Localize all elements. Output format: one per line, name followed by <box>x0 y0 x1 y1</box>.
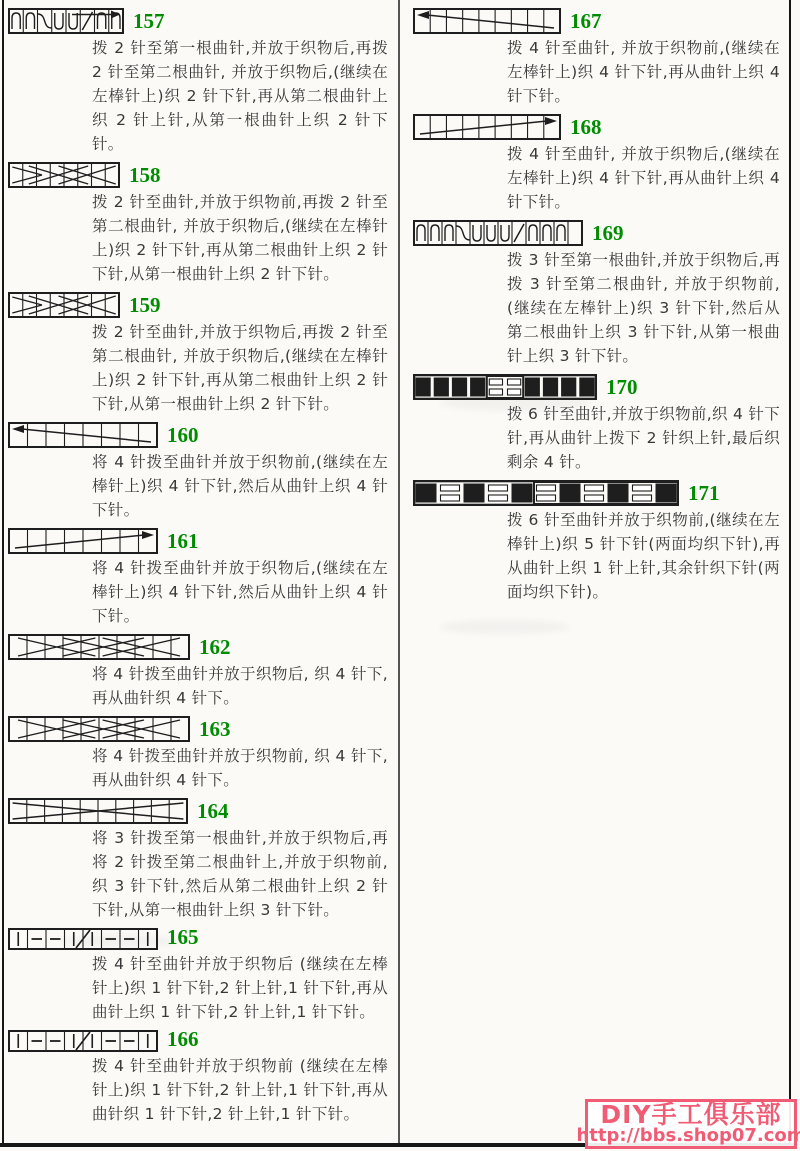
diagram-row: 159 <box>8 292 398 318</box>
entry-number: 164 <box>197 801 229 822</box>
scan-artifact <box>440 620 570 634</box>
diagram-row: 167 <box>413 8 790 34</box>
entry-instructions: 拨 2 针至曲针,并放于织物后,再拨 2 针至第二根曲针, 并放于织物后,(继续… <box>92 320 388 416</box>
cable-4-front-arrow-left-diagram <box>413 8 561 34</box>
entry-number: 158 <box>129 165 161 186</box>
entry-number: 160 <box>167 425 199 446</box>
pattern-entry-158: 158 拨 2 针至曲针,并放于织物前,再拨 2 针至第二根曲针, 并放于织物后… <box>8 162 398 286</box>
entry-instructions: 拨 4 针至曲针并放于织物后 (继续在左棒针上)织 1 针下针,2 针上针,1 … <box>92 952 388 1024</box>
pattern-entry-167: 167 拨 4 针至曲针, 并放于织物前,(继续在左棒针上)织 4 针下针,再从… <box>413 8 790 108</box>
entry-instructions: 拨 6 针至曲针,并放于织物前,织 4 针下针,再从曲针上拨下 2 针织上针,最… <box>507 402 780 474</box>
cable-bridge-2-2-2-diagram <box>8 8 124 34</box>
entry-number: 162 <box>199 637 231 658</box>
entry-instructions: 拨 2 针至曲针,并放于织物前,再拨 2 针至第二根曲针, 并放于织物后,(继续… <box>92 190 388 286</box>
pattern-entry-170: 170 拨 6 针至曲针,并放于织物前,织 4 针下针,再从曲针上拨下 2 针织… <box>413 374 790 474</box>
garter-slip-6-diagram <box>413 480 679 506</box>
entry-number: 166 <box>167 1029 199 1050</box>
diagram-row: 161 <box>8 528 398 554</box>
diagram-row: 171 <box>413 480 790 506</box>
entry-number: 161 <box>167 531 199 552</box>
watermark-url: http://bbs.shop07.com <box>576 1127 800 1145</box>
entry-instructions: 拨 4 针至曲针, 并放于织物前,(继续在左棒针上)织 4 针下针,再从曲针上织… <box>507 36 780 108</box>
entry-instructions: 拨 2 针至第一根曲针,并放于织物后,再拨 2 针至第二根曲针, 并放于织物后,… <box>92 36 388 156</box>
diagram-row: 168 <box>413 114 790 140</box>
entry-instructions: 将 4 针拨至曲针并放于织物前, 织 4 针下,再从曲针织 4 针下。 <box>92 744 388 792</box>
entry-number: 165 <box>167 927 199 948</box>
cable-4-4-back-diagram <box>8 634 190 660</box>
rib-k1-p2-k1-front-diagram <box>8 1030 158 1052</box>
column-divider <box>398 0 400 1143</box>
pattern-entry-161: 161 将 4 针拨至曲针并放于织物后,(继续在左棒针上)织 4 针下针,然后从… <box>8 528 398 628</box>
page-border-left <box>2 0 4 1147</box>
diagram-row: 165 <box>8 928 398 950</box>
watermark-title: DIY手工俱乐部 <box>600 1103 781 1127</box>
right-column: 167 拨 4 针至曲针, 并放于织物前,(继续在左棒针上)织 4 针下针,再从… <box>413 8 790 610</box>
entry-number: 169 <box>592 223 624 244</box>
diagram-row: 164 <box>8 798 398 824</box>
entry-number: 163 <box>199 719 231 740</box>
bobble-slip-6-diagram <box>413 374 597 400</box>
cable-4-4-front-diagram <box>8 716 190 742</box>
diagram-row: 160 <box>8 422 398 448</box>
entry-instructions: 拨 6 针至曲针并放于织物前,(继续在左棒针上)织 5 针下针(两面均织下针),… <box>507 508 780 604</box>
cable-3-2-3-cross-diagram <box>8 798 188 824</box>
entry-number: 159 <box>129 295 161 316</box>
pattern-entry-164: 164 将 3 针拨至第一根曲针,并放于织物后,再将 2 针拨至第二根曲针上,并… <box>8 798 398 922</box>
rib-k1-p2-k1-back-diagram <box>8 928 158 950</box>
pattern-entry-159: 159 拨 2 针至曲针,并放于织物后,再拨 2 针至第二根曲针, 并放于织物后… <box>8 292 398 416</box>
diagram-row: 157 <box>8 8 398 34</box>
pattern-entry-171: 171 拨 6 针至曲针并放于织物前,(继续在左棒针上)织 5 针下针(两面均织… <box>413 480 790 604</box>
diagram-row: 166 <box>8 1030 398 1052</box>
entry-instructions: 拨 4 针至曲针, 并放于织物后,(继续在左棒针上)织 4 针下针,再从曲针上织… <box>507 142 780 214</box>
cable-cross-back-diagram <box>8 292 120 318</box>
diagram-row: 158 <box>8 162 398 188</box>
entry-instructions: 将 4 针拨至曲针并放于织物后, 织 4 针下,再从曲针织 4 针下。 <box>92 662 388 710</box>
pattern-entry-163: 163 将 4 针拨至曲针并放于织物前, 织 4 针下,再从曲针织 4 针下。 <box>8 716 398 792</box>
diagram-row: 163 <box>8 716 398 742</box>
entry-instructions: 拨 4 针至曲针并放于织物前 (继续在左棒针上)织 1 针下针,2 针上针,1 … <box>92 1054 388 1126</box>
diagram-row: 170 <box>413 374 790 400</box>
pattern-entry-160: 160 将 4 针拨至曲针并放于织物前,(继续在左棒针上)织 4 针下针,然后从… <box>8 422 398 522</box>
cable-cross-front-diagram <box>8 162 120 188</box>
entry-number: 167 <box>570 11 602 32</box>
pattern-entry-166: 166 拨 4 针至曲针并放于织物前 (继续在左棒针上)织 1 针下针,2 针上… <box>8 1030 398 1126</box>
watermark: DIY手工俱乐部 http://bbs.shop07.com <box>585 1099 797 1149</box>
entry-instructions: 将 4 针拨至曲针并放于织物后,(继续在左棒针上)织 4 针下针,然后从曲针上织… <box>92 556 388 628</box>
entry-instructions: 将 3 针拨至第一根曲针,并放于织物后,再将 2 针拨至第二根曲针上,并放于织物… <box>92 826 388 922</box>
cable-4-back-arrow-right-diagram <box>413 114 561 140</box>
entry-number: 168 <box>570 117 602 138</box>
cable-4-back-arrow-right-diagram <box>8 528 158 554</box>
pattern-entry-169: 169 拨 3 针至第一根曲针,并放于织物后,再拨 3 针至第二根曲针, 并放于… <box>413 220 790 368</box>
entry-number: 157 <box>133 11 165 32</box>
cable-bridge-3-3-3-diagram <box>413 220 583 246</box>
entry-number: 171 <box>688 483 720 504</box>
cable-4-front-arrow-left-diagram <box>8 422 158 448</box>
pattern-entry-168: 168 拨 4 针至曲针, 并放于织物后,(继续在左棒针上)织 4 针下针,再从… <box>413 114 790 214</box>
pattern-entry-162: 162 将 4 针拨至曲针并放于织物后, 织 4 针下,再从曲针织 4 针下。 <box>8 634 398 710</box>
entry-instructions: 将 4 针拨至曲针并放于织物前,(继续在左棒针上)织 4 针下针,然后从曲针上织… <box>92 450 388 522</box>
entry-number: 170 <box>606 377 638 398</box>
pattern-entry-157: 157 拨 2 针至第一根曲针,并放于织物后,再拨 2 针至第二根曲针, 并放于… <box>8 8 398 156</box>
entry-instructions: 拨 3 针至第一根曲针,并放于织物后,再拨 3 针至第二根曲针, 并放于织物前,… <box>507 248 780 368</box>
diagram-row: 169 <box>413 220 790 246</box>
pattern-entry-165: 165 拨 4 针至曲针并放于织物后 (继续在左棒针上)织 1 针下针,2 针上… <box>8 928 398 1024</box>
left-column: 157 拨 2 针至第一根曲针,并放于织物后,再拨 2 针至第二根曲针, 并放于… <box>8 8 398 1132</box>
diagram-row: 162 <box>8 634 398 660</box>
